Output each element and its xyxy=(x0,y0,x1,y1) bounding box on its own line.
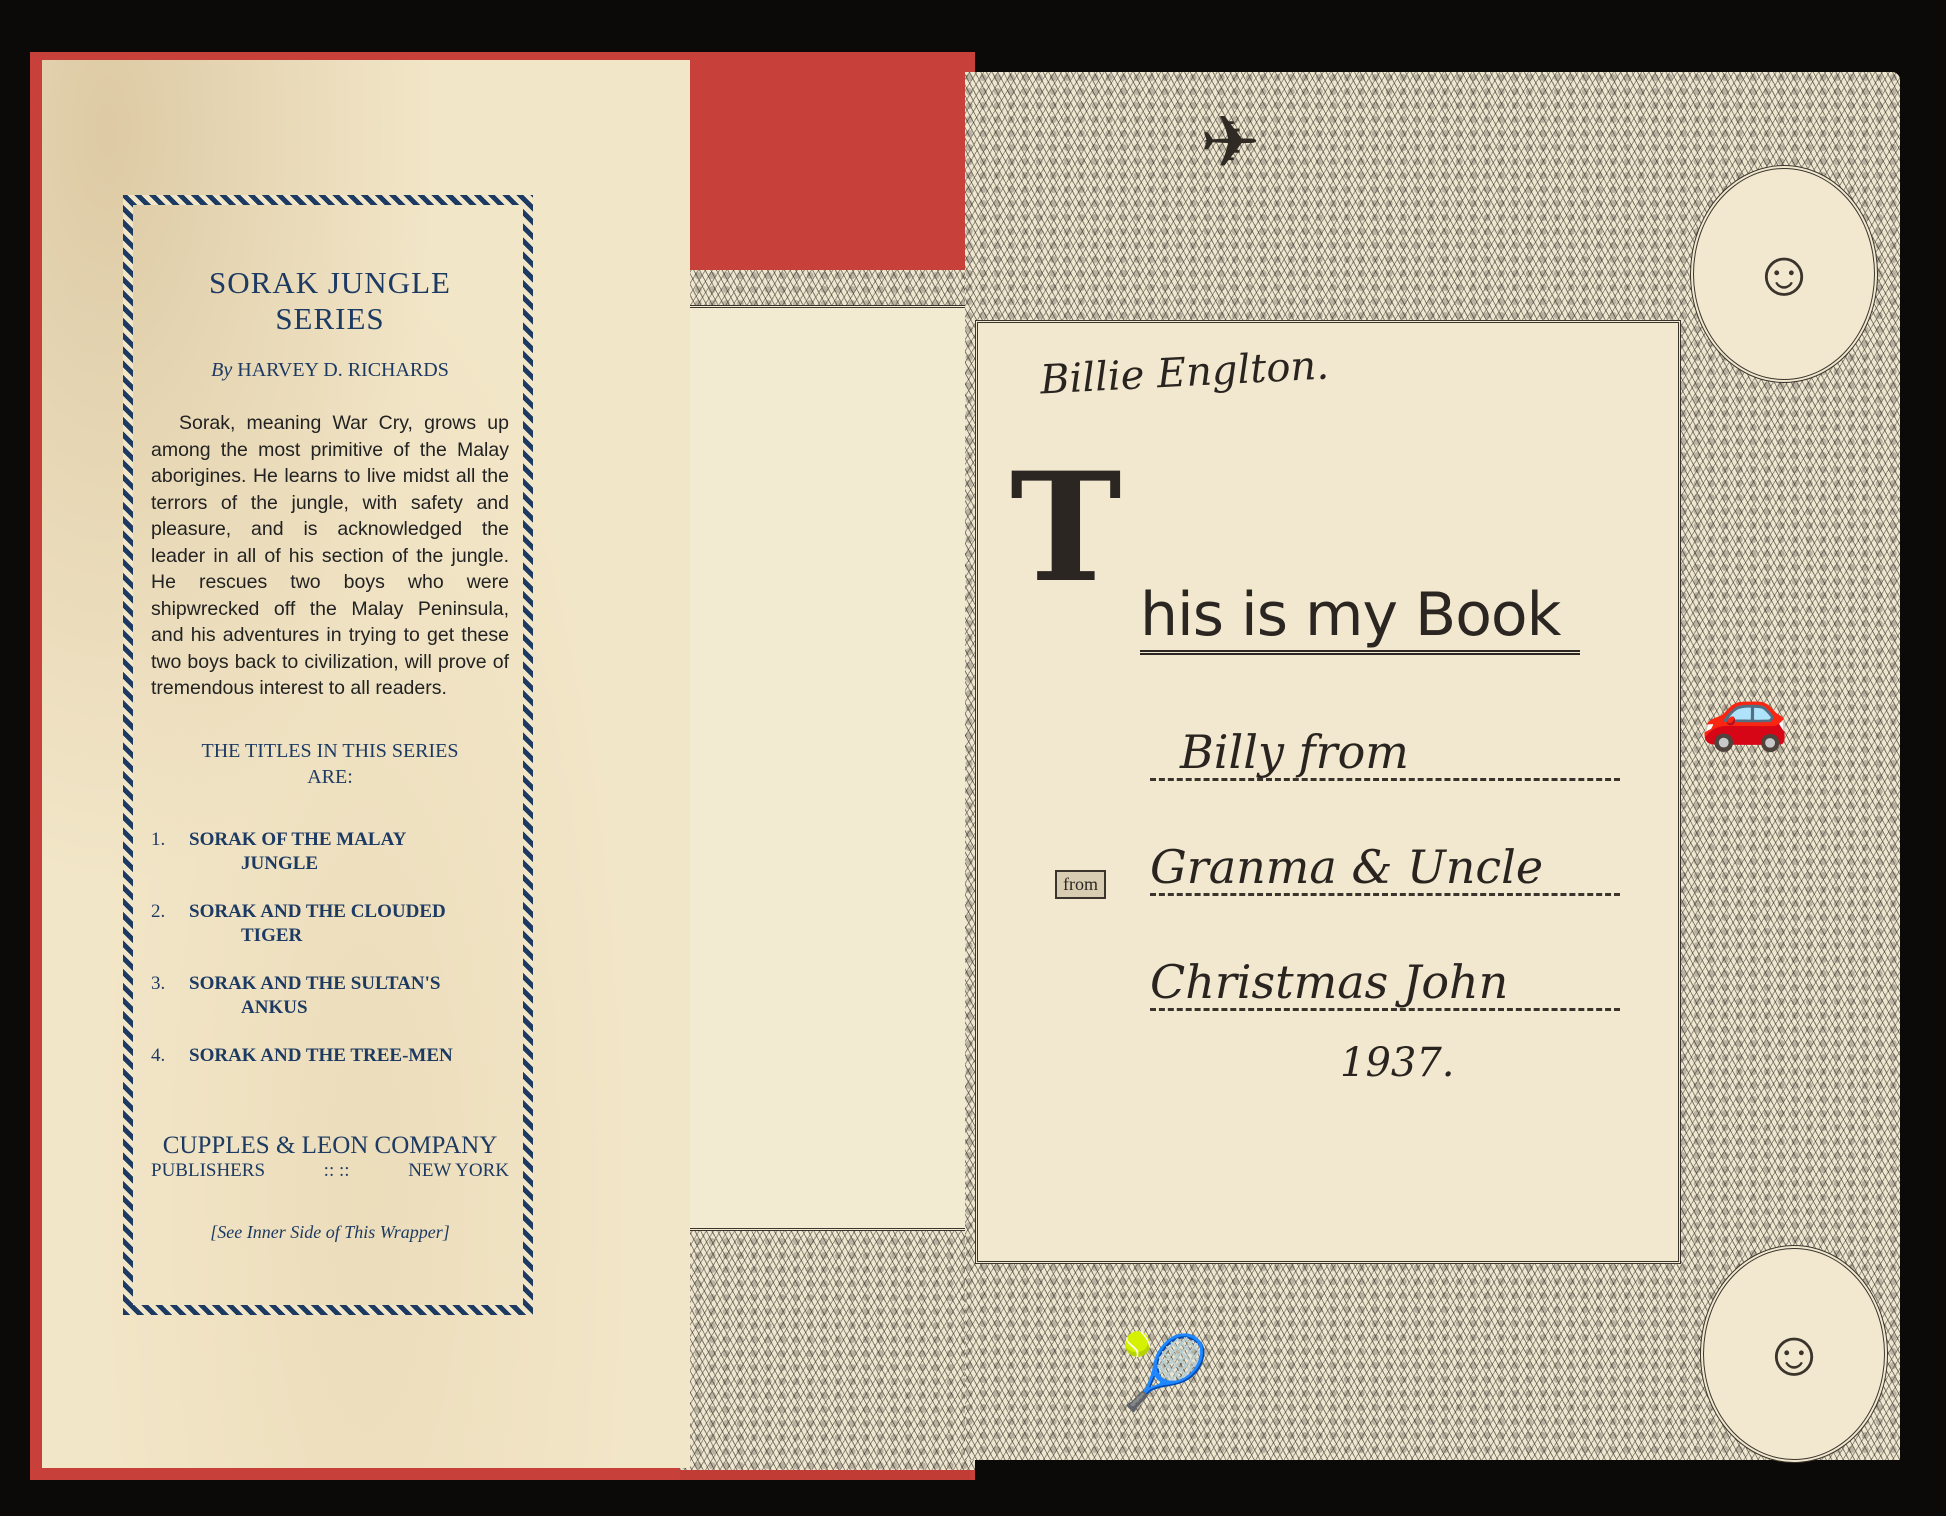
car-icon: 🚗 xyxy=(1700,670,1790,755)
title-text: SORAK AND THE SULTAN'SANKUS xyxy=(189,972,509,1020)
title-number: 3. xyxy=(151,972,189,1020)
series-ad-panel: SORAK JUNGLE SERIES By HARVEY D. RICHARD… xyxy=(123,195,533,1315)
author-prefix: By xyxy=(211,359,232,381)
title-text: SORAK OF THE MALAYJUNGLE xyxy=(189,828,509,876)
publisher-line: PUBLISHERS :: :: NEW YORK xyxy=(151,1160,509,1182)
inscription-text: Granma & Uncle xyxy=(1150,840,1543,894)
bookplate-title: his is my Book xyxy=(1140,580,1580,655)
publisher-city: NEW YORK xyxy=(408,1160,509,1182)
sailor-boy-icon: ☺ xyxy=(1761,1317,1826,1391)
publisher-label: PUBLISHERS xyxy=(151,1160,265,1182)
baseball-boy-medallion: ☺ xyxy=(1690,165,1878,383)
airplane-icon: ✈ xyxy=(1200,100,1260,185)
series-title-item: 1. SORAK OF THE MALAYJUNGLE xyxy=(151,828,509,876)
series-blurb: Sorak, meaning War Cry, grows up among t… xyxy=(151,410,509,702)
title-line: TIGER xyxy=(189,924,509,948)
title-line: JUNGLE xyxy=(189,852,509,876)
title-line: SORAK AND THE SULTAN'S xyxy=(189,973,440,994)
inscription-text: Billy from xyxy=(1180,725,1409,779)
sailor-boy-medallion: ☺ xyxy=(1700,1245,1888,1463)
publisher-name: CUPPLES & LEON COMPANY xyxy=(151,1132,509,1160)
ornamental-initial: T xyxy=(1010,440,1122,616)
title-number: 4. xyxy=(151,1044,189,1068)
publisher-separator: :: :: xyxy=(324,1160,350,1182)
title-text: SORAK AND THE CLOUDEDTIGER xyxy=(189,900,509,948)
title-line: SORAK AND THE CLOUDED xyxy=(189,901,446,922)
title-line: SORAK AND THE TREE-MEN xyxy=(189,1045,453,1066)
title-text: SORAK AND THE TREE-MEN xyxy=(189,1044,509,1068)
title-line: ANKUS xyxy=(189,996,509,1020)
series-title-item: 3. SORAK AND THE SULTAN'SANKUS xyxy=(151,972,509,1020)
inscription-text: Christmas John xyxy=(1150,955,1508,1009)
inscription-year: 1937. xyxy=(1340,1040,1455,1086)
tennis-racket-icon: 🎾 xyxy=(1120,1330,1210,1415)
titles-heading-line: THE TITLES IN THIS SERIES xyxy=(151,738,509,764)
see-inner-note: [See Inner Side of This Wrapper] xyxy=(151,1222,509,1243)
author-line: By HARVEY D. RICHARDS xyxy=(151,359,509,382)
baseball-boy-icon: ☺ xyxy=(1751,237,1816,311)
title-number: 2. xyxy=(151,900,189,948)
titles-heading-line: ARE: xyxy=(151,764,509,790)
from-tag: from xyxy=(1055,870,1106,899)
series-title: SORAK JUNGLE SERIES xyxy=(151,265,509,337)
title-number: 1. xyxy=(151,828,189,876)
titles-heading: THE TITLES IN THIS SERIES ARE: xyxy=(151,738,509,790)
author-name: HARVEY D. RICHARDS xyxy=(237,359,449,381)
series-title-item: 2. SORAK AND THE CLOUDEDTIGER xyxy=(151,900,509,948)
title-line: SORAK OF THE MALAY xyxy=(189,829,406,850)
endpaper-blank-panel xyxy=(690,305,965,1231)
series-title-item: 4. SORAK AND THE TREE-MEN xyxy=(151,1044,509,1068)
